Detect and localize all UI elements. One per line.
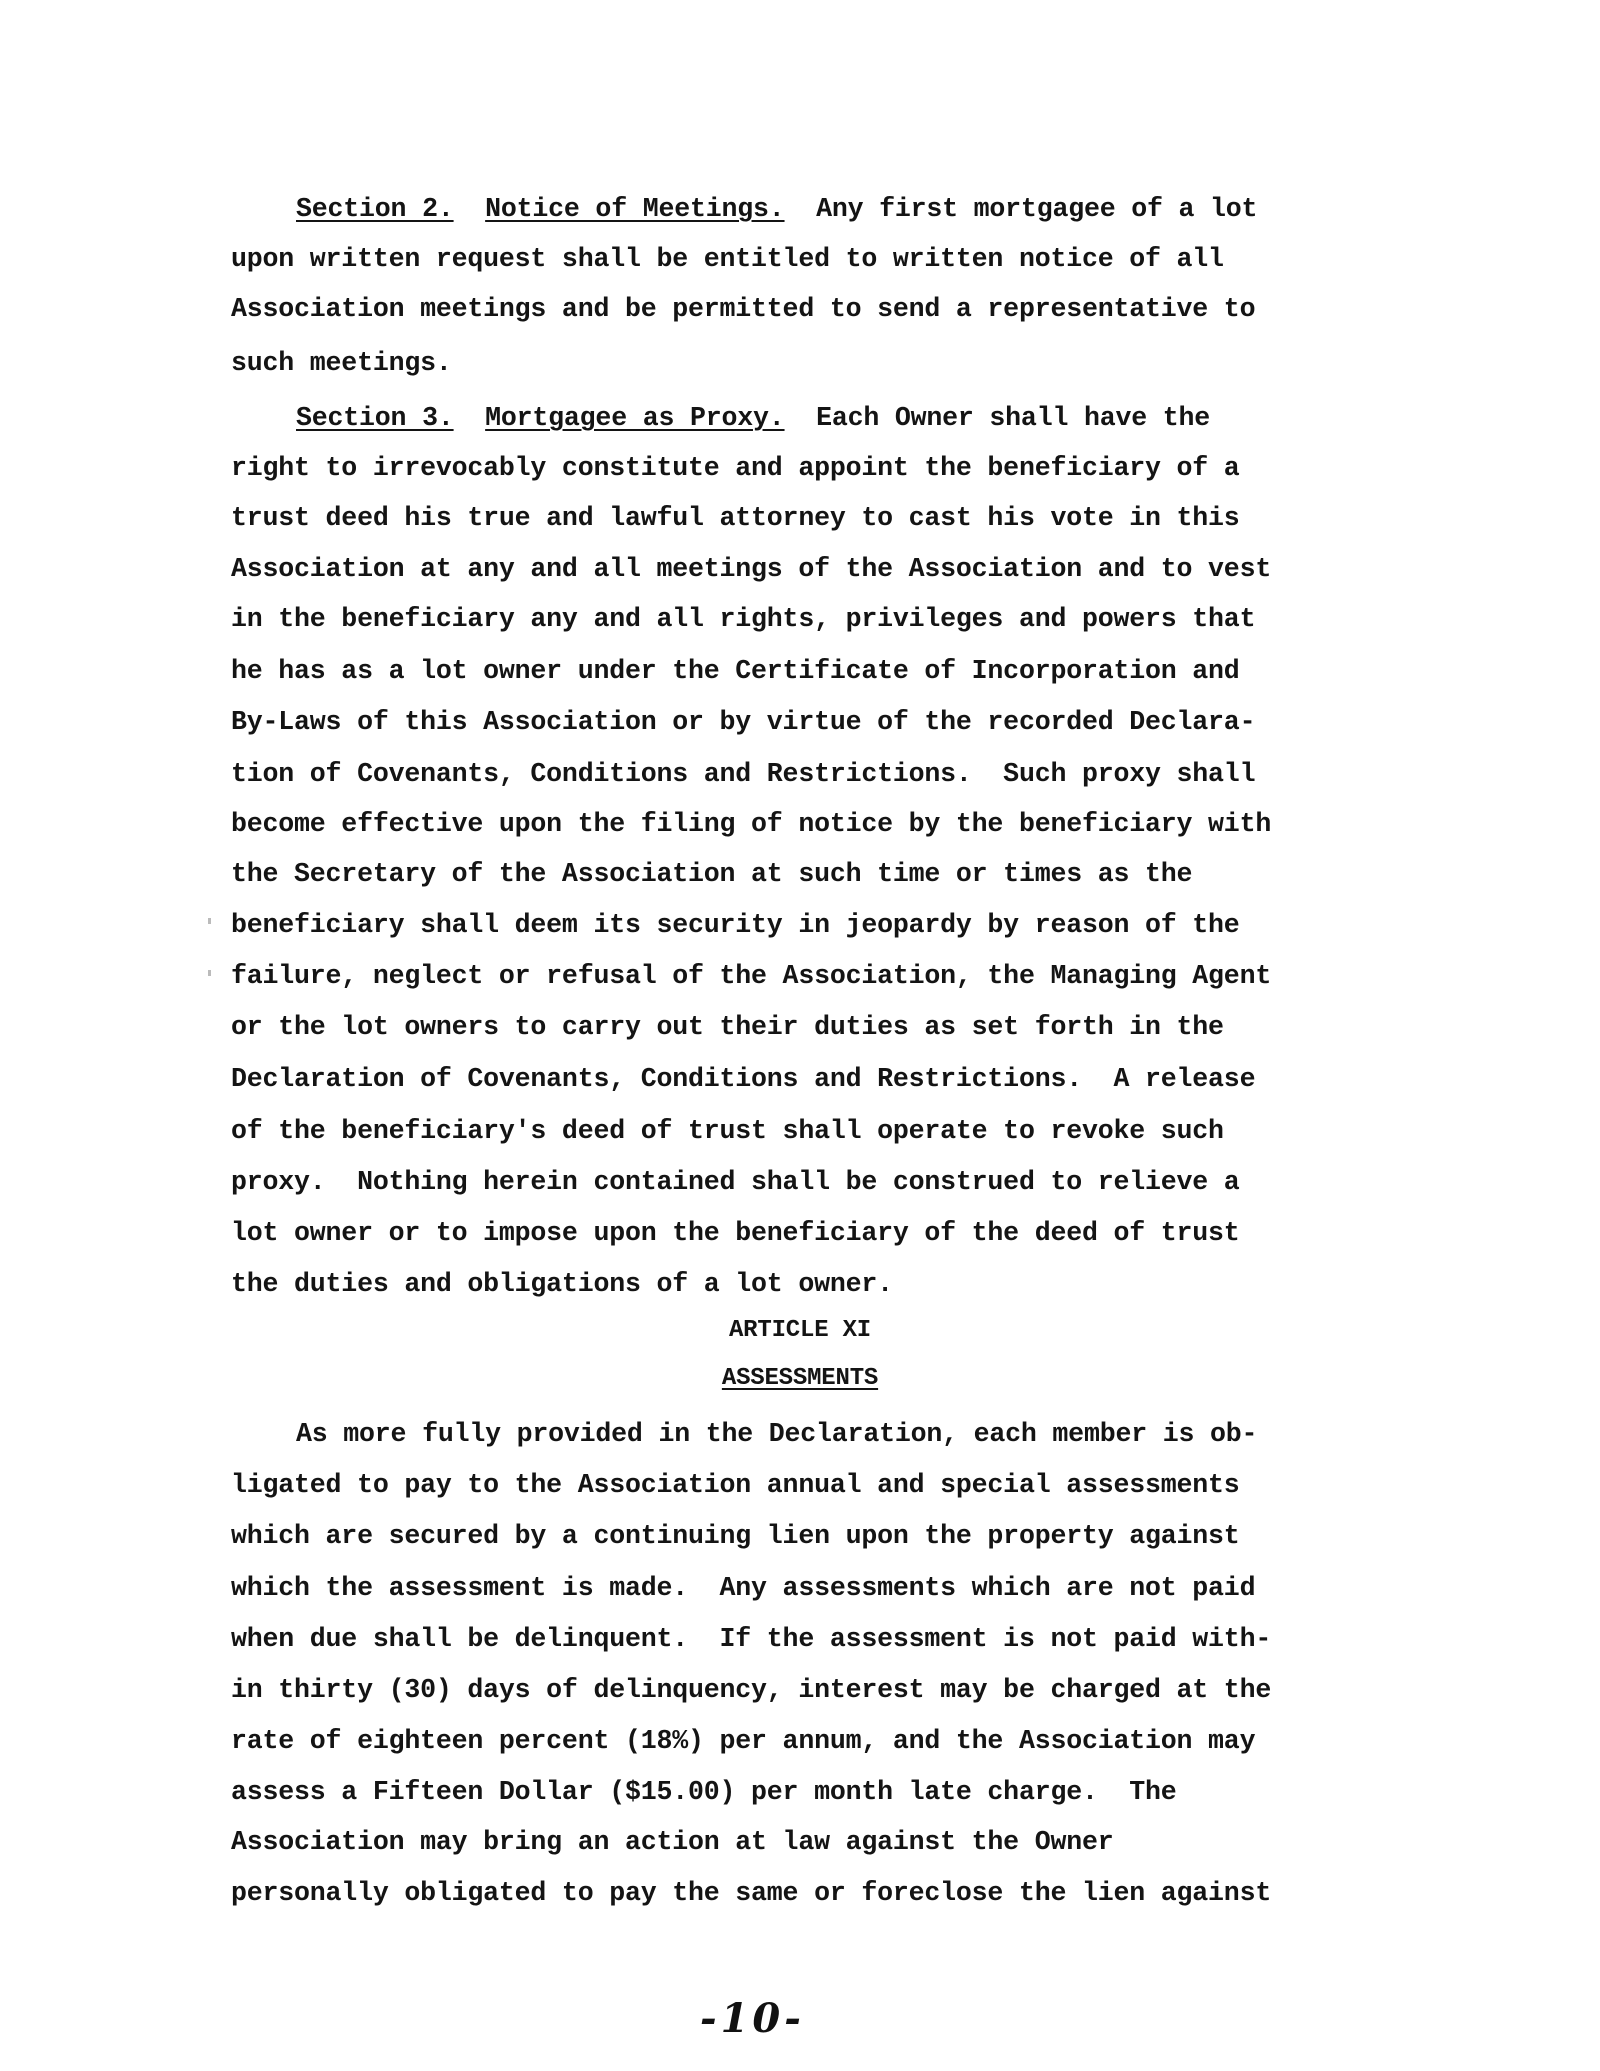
assessments-line: when due shall be delinquent. If the ass… — [231, 1623, 1271, 1655]
article-title: ASSESSMENTS — [0, 1363, 1600, 1395]
section-3-line: of the beneficiary's deed of trust shall… — [231, 1115, 1224, 1147]
assessments-line: which the assessment is made. Any assess… — [231, 1572, 1255, 1604]
assessments-line: rate of eighteen percent (18%) per annum… — [231, 1725, 1255, 1757]
article-number: ARTICLE XI — [0, 1315, 1600, 1347]
section-3-line: proxy. Nothing herein contained shall be… — [231, 1166, 1240, 1198]
section-3-title: Mortgagee as Proxy. — [485, 403, 784, 433]
assessments-line: assess a Fifteen Dollar ($15.00) per mon… — [231, 1776, 1177, 1808]
section-3-line: beneficiary shall deem its security in j… — [231, 909, 1240, 941]
section-3-line: become effective upon the filing of noti… — [231, 808, 1271, 840]
scan-artifact — [208, 918, 211, 924]
assessments-line: Association may bring an action at law a… — [231, 1826, 1114, 1858]
section-2-first-line-text: Any first mortgagee of a lot — [785, 194, 1258, 224]
section-3-line: By-Laws of this Association or by virtue… — [231, 706, 1255, 738]
assessments-first-line: As more fully provided in the Declaratio… — [296, 1418, 1257, 1450]
section-3-heading-line: Section 3. Mortgagee as Proxy. Each Owne… — [296, 402, 1210, 434]
section-3-line: the Secretary of the Association at such… — [231, 858, 1192, 890]
section-3-line: the duties and obligations of a lot owne… — [231, 1268, 893, 1300]
section-3-label: Section 3. — [296, 403, 454, 433]
section-2-line: such meetings. — [231, 347, 452, 379]
section-3-line: lot owner or to impose upon the benefici… — [231, 1217, 1240, 1249]
section-3-line: Declaration of Covenants, Conditions and… — [231, 1063, 1255, 1095]
section-2-label: Section 2. — [296, 194, 454, 224]
scan-artifact — [208, 970, 211, 976]
assessments-line: ligated to pay to the Association annual… — [231, 1469, 1240, 1501]
assessments-line: personally obligated to pay the same or … — [231, 1877, 1271, 1909]
document-page: Section 2. Notice of Meetings. Any first… — [0, 0, 1600, 2071]
page-number: -10- — [700, 1995, 805, 2042]
section-2-line: Association meetings and be permitted to… — [231, 293, 1255, 325]
section-2-heading-line: Section 2. Notice of Meetings. Any first… — [296, 193, 1257, 225]
section-3-line: tion of Covenants, Conditions and Restri… — [231, 758, 1255, 790]
section-3-line: Association at any and all meetings of t… — [231, 553, 1271, 585]
section-3-line: right to irrevocably constitute and appo… — [231, 452, 1240, 484]
section-3-first-line-text: Each Owner shall have the — [785, 403, 1211, 433]
section-3-line: in the beneficiary any and all rights, p… — [231, 603, 1255, 635]
section-3-line: or the lot owners to carry out their dut… — [231, 1011, 1224, 1043]
section-3-line: trust deed his true and lawful attorney … — [231, 502, 1240, 534]
section-3-line: he has as a lot owner under the Certific… — [231, 655, 1240, 687]
assessments-line: which are secured by a continuing lien u… — [231, 1520, 1240, 1552]
section-2-title: Notice of Meetings. — [485, 194, 784, 224]
section-3-line: failure, neglect or refusal of the Assoc… — [231, 960, 1271, 992]
assessments-line: in thirty (30) days of delinquency, inte… — [231, 1674, 1271, 1706]
article-title-text: ASSESSMENTS — [722, 1365, 878, 1392]
section-2-line: upon written request shall be entitled t… — [231, 243, 1224, 275]
